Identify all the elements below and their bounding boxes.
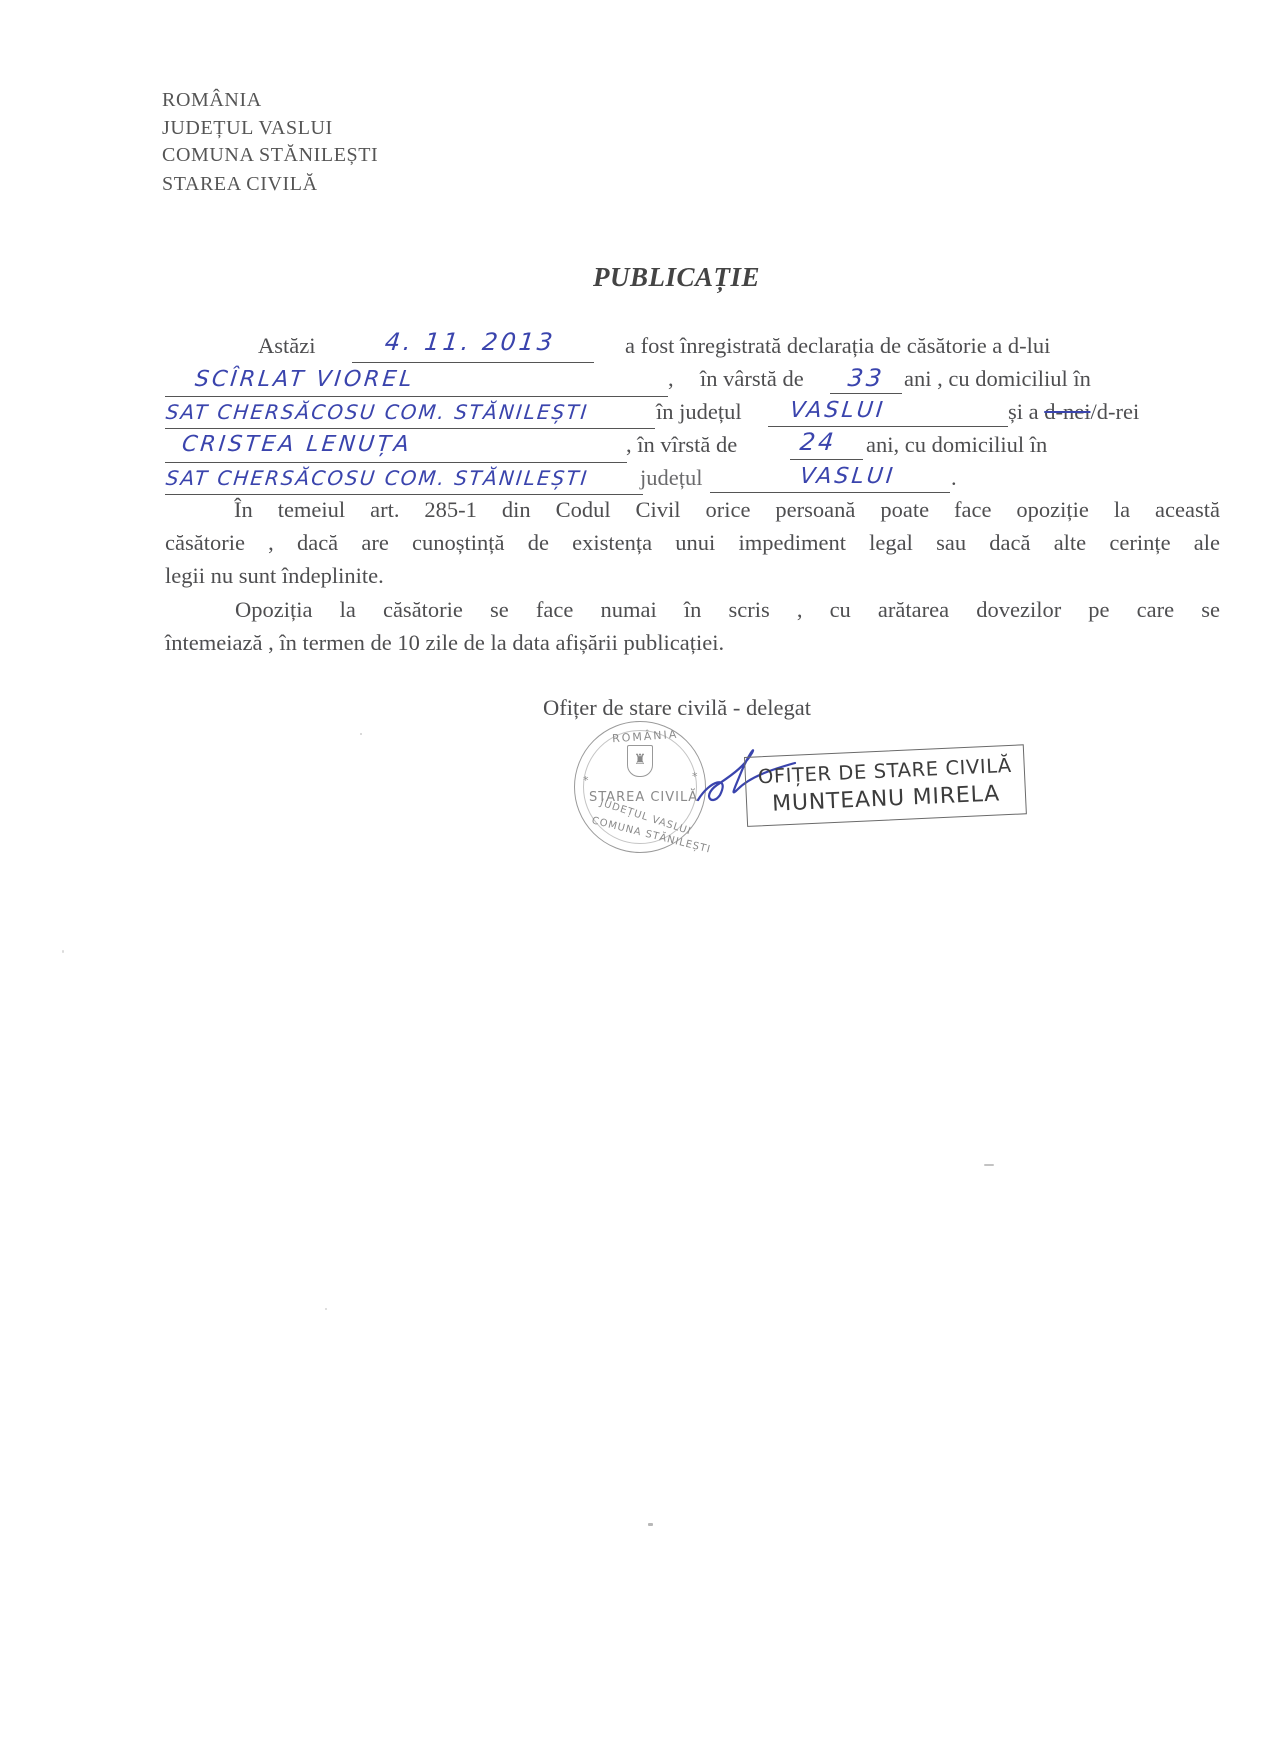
para1-line1: În temeiul art. 285-1 din Codul Civil or… [234, 497, 1220, 523]
field-groom-name: SCÎRLAT VIOREL [194, 367, 416, 392]
field-bride-county: VASLUI [799, 464, 897, 489]
header-department: STAREA CIVILĂ [162, 173, 318, 196]
option-miss: /d-rei [1090, 399, 1139, 424]
struck-option: d-nei [1044, 399, 1090, 424]
text-and-mrs: și a d-nei/d-rei [1008, 399, 1139, 425]
document-title: PUBLICAȚIE [593, 262, 760, 293]
header-commune: COMUNA STĂNILEȘTI [162, 144, 378, 167]
date-underline [352, 362, 594, 363]
scan-speck [360, 733, 362, 735]
label-county-groom: în județul [656, 399, 742, 425]
officer-name-stamp: OFIȚER DE STARE CIVILĂ MUNTEANU MIRELA [744, 744, 1027, 827]
groom-county-underline [768, 426, 1008, 427]
para1-line2: căsătorie , dacă are cunoștință de exist… [165, 530, 1220, 556]
field-date: 4. 11. 2013 [384, 328, 557, 356]
period: . [951, 465, 957, 491]
groom-age-underline [830, 393, 902, 394]
bride-address-underline [165, 494, 643, 495]
label-astazi: Astăzi [258, 333, 315, 359]
bride-name-underline [165, 462, 627, 463]
scan-speck [648, 1523, 653, 1526]
header-country: ROMÂNIA [162, 89, 262, 112]
scan-speck [984, 1164, 994, 1166]
signature-label: Ofițer de stare civilă - delegat [543, 695, 811, 721]
para2-line1: Opoziția la căsătorie se face numai în s… [235, 597, 1220, 623]
text-declaration: a fost înregistrată declarația de căsăto… [625, 333, 1050, 359]
field-bride-address: SAT CHERSĂCOSU COM. STĂNILEȘTI [165, 466, 590, 490]
scan-speck [325, 1308, 327, 1310]
comma: , [668, 366, 674, 392]
conj: și a [1008, 399, 1044, 424]
text-domicile-bride: ani, cu domiciliul în [866, 432, 1047, 458]
field-groom-age: 33 [847, 364, 886, 392]
field-groom-address: SAT CHERSĂCOSU COM. STĂNILEȘTI [165, 400, 590, 424]
scan-speck [62, 950, 64, 953]
field-groom-county: VASLUI [789, 398, 887, 423]
groom-address-underline [165, 428, 655, 429]
field-bride-age: 24 [799, 428, 838, 456]
header-county: JUDEȚUL VASLUI [162, 117, 333, 140]
para1-line3: legii nu sunt îndeplinite. [165, 563, 384, 589]
label-county-bride: județul [640, 465, 703, 491]
bride-county-underline [710, 492, 950, 493]
text-domicile-groom: ani , cu domiciliul în [904, 366, 1091, 392]
coat-of-arms-icon: ♜ [627, 745, 653, 777]
document-page: ROMÂNIA JUDEȚUL VASLUI COMUNA STĂNILEȘTI… [0, 0, 1275, 1755]
label-age-bride: , în vîrstă de [626, 432, 737, 458]
label-age-groom: în vârstă de [700, 366, 804, 392]
bride-age-underline [790, 459, 863, 460]
groom-name-underline [165, 396, 668, 397]
field-bride-name: CRISTEA LENUȚA [181, 432, 413, 457]
star-left-icon: * [583, 774, 589, 787]
para2-line2: întemeiază , în termen de 10 zile de la … [165, 630, 724, 656]
